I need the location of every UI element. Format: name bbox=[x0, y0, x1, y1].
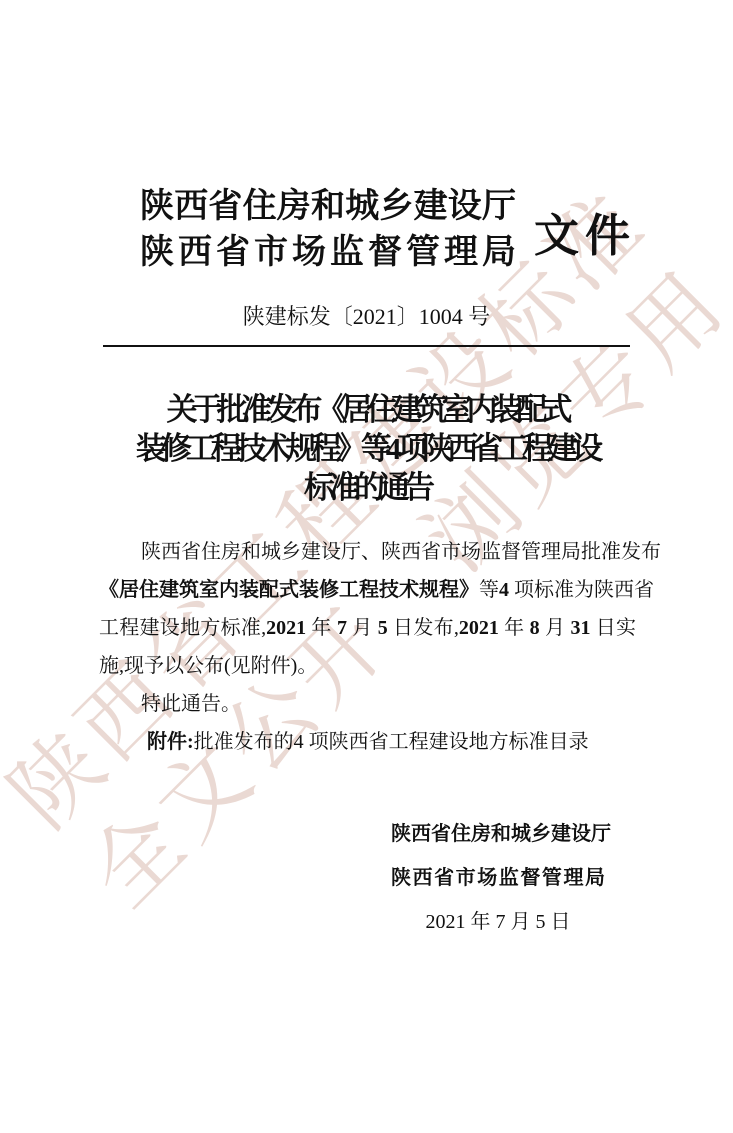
issuing-agency-header: 陕西省住房和城乡建设厅 陕西省市场监督管理局 bbox=[140, 184, 516, 276]
document-number: 陕建标发〔2021〕1004 号 bbox=[0, 300, 733, 331]
text-segment: 日实 bbox=[590, 617, 636, 639]
document-type-label: 文件 bbox=[534, 199, 636, 264]
signature-block: 陕西省住房和城乡建设厅 陕西省市场监督管理局 2021 年 7 月 5 日 bbox=[391, 812, 605, 944]
text-segment: 工程建设地方标准, bbox=[99, 617, 266, 639]
notice-title-line-2: 装修工程技术规程》等4 项陕西省工程建设 bbox=[0, 429, 733, 468]
notice-title: 关于批准发布《居住建筑室内装配式 装修工程技术规程》等4 项陕西省工程建设 标准… bbox=[0, 390, 733, 507]
text-segment: 年 bbox=[499, 617, 530, 639]
text-segment: 日发布, bbox=[388, 617, 459, 639]
bold-text-segment: 2021 bbox=[459, 617, 499, 639]
bold-text-segment: 《居住建筑室内装配式装修工程技术规程》 bbox=[99, 579, 479, 601]
text-segment: 月 bbox=[540, 617, 571, 639]
text-line: 陕西省住房和城乡建设厅、陕西省市场监督管理局批准发布 bbox=[99, 533, 636, 571]
divider-rule bbox=[103, 345, 630, 347]
text-line: 《居住建筑室内装配式装修工程技术规程》等4 项标准为陕西省 bbox=[99, 571, 636, 609]
signature-date: 2021 年 7 月 5 日 bbox=[391, 900, 605, 944]
bold-text-segment: 2021 bbox=[266, 617, 306, 639]
attachment-line: 附件:批准发布的4 项陕西省工程建设地方标准目录 bbox=[147, 727, 647, 757]
agency-name-line-1: 陕西省住房和城乡建设厅 bbox=[140, 184, 516, 230]
text-segment: 年 bbox=[306, 617, 337, 639]
bold-text-segment: 5 bbox=[378, 617, 388, 639]
text-segment: 项标准为陕西省 bbox=[509, 579, 654, 601]
bold-text-segment: 4 bbox=[499, 579, 509, 601]
text-segment: 陕西省住房和城乡建设厅、陕西省市场监督管理局批准发布 bbox=[141, 541, 661, 563]
bold-text-segment: 7 bbox=[337, 617, 347, 639]
text-segment: 特此通告。 bbox=[141, 693, 241, 715]
text-segment: 等 bbox=[479, 579, 499, 601]
bold-text-segment: 31 bbox=[570, 617, 590, 639]
notice-title-line-3: 标准的通告 bbox=[0, 468, 733, 507]
text-line: 工程建设地方标准,2021 年 7 月 5 日发布,2021 年 8 月 31 … bbox=[99, 609, 636, 647]
bold-text-segment: 附件: bbox=[147, 731, 194, 753]
agency-name-line-2: 陕西省市场监督管理局 bbox=[140, 230, 516, 276]
document-content: 陕西省住房和城乡建设厅 陕西省市场监督管理局 文件 陕建标发〔2021〕1004… bbox=[0, 0, 733, 1133]
text-segment: 施,现予以公布(见附件)。 bbox=[99, 655, 317, 677]
document-page: 陕西省工程建设标准 全文公开 浏览专用 陕西省住房和城乡建设厅 陕西省市场监督管… bbox=[0, 0, 733, 1133]
text-line: 附件:批准发布的4 项陕西省工程建设地方标准目录 bbox=[147, 727, 647, 757]
signature-agency-2: 陕西省市场监督管理局 bbox=[391, 856, 605, 900]
notice-title-line-1: 关于批准发布《居住建筑室内装配式 bbox=[0, 390, 733, 429]
signature-agency-1: 陕西省住房和城乡建设厅 bbox=[391, 812, 605, 856]
text-segment: 月 bbox=[347, 617, 378, 639]
notice-body: 陕西省住房和城乡建设厅、陕西省市场监督管理局批准发布《居住建筑室内装配式装修工程… bbox=[99, 533, 636, 723]
text-line: 施,现予以公布(见附件)。 bbox=[99, 647, 636, 685]
text-line: 特此通告。 bbox=[99, 685, 636, 723]
bold-text-segment: 8 bbox=[530, 617, 540, 639]
text-segment: 批准发布的4 项陕西省工程建设地方标准目录 bbox=[194, 731, 589, 753]
